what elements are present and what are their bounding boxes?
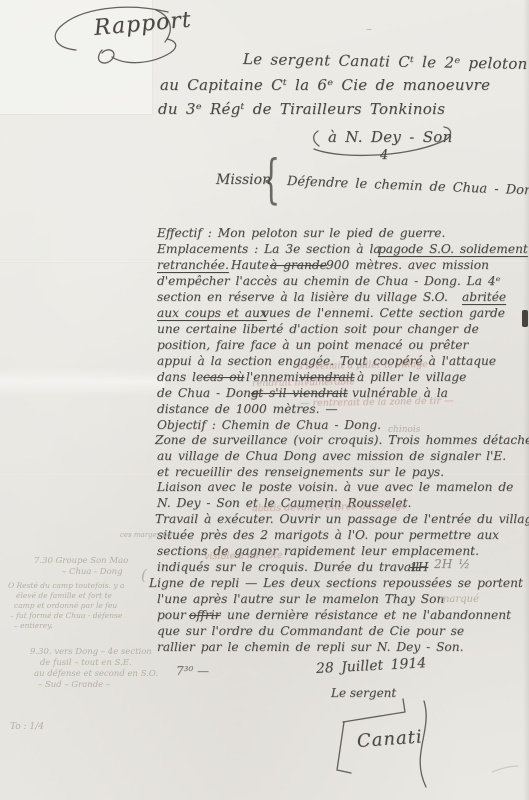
- body-line-segment: offrir: [189, 608, 221, 622]
- header-line: 4: [380, 148, 389, 163]
- header-line: à N. Dey - Son: [328, 128, 453, 146]
- body-line-segment: au village de Chua Dong avec mission de …: [157, 449, 506, 463]
- address-header: Le sergent Canati Cᵗ le 2ᵉ pelotonau Cap…: [0, 0, 529, 800]
- pencil-margin-note: 7.30 Groupe Son Mao: [34, 556, 128, 566]
- body-line-segment: vues de l'ennemi. Cette section garde: [262, 306, 505, 320]
- pencil-margin-note: – fut formé de Chua - défense: [10, 611, 122, 620]
- pencil-margin-note: To : 1/4: [10, 722, 44, 732]
- body-line-segment: d'empêcher l'accès au chemin de Chua - D…: [157, 274, 500, 288]
- pencil-margin-note: (: [141, 566, 147, 584]
- mission-brace: {: [262, 150, 280, 210]
- header-line: Le sergent Canati Cᵗ le 2ᵉ peloton: [243, 50, 528, 73]
- body-line-segment: Zone de surveillance (voir croquis). Tro…: [155, 433, 529, 447]
- body-line-segment: 900 mètres. avec mission: [326, 258, 489, 272]
- body-line-segment: section en réserve à la lisière du villa…: [157, 290, 448, 304]
- pencil-margin-note: O Resté du camp toutefois. y a: [8, 581, 125, 590]
- pencil-margin-notes: –chinoisces marges pa–7.30 Groupe Son Ma…: [0, 0, 529, 800]
- header-line: au Capitaine Cᵗ la 6ᵉ Cie de manoeuvre: [160, 76, 490, 94]
- red-pencil-annotation: — rentrerait de la zone de tir —: [300, 395, 454, 409]
- signature-bracket-top: [343, 699, 405, 722]
- body-line-segment: aux coups et aux: [157, 306, 267, 320]
- red-pencil-annotation: abatis devant l'entrée du village: [252, 500, 407, 514]
- header-line: du 3ᵉ Régᵗ de Tirailleurs Tonkinois: [158, 100, 445, 118]
- body-line-segment: retranchée.: [157, 258, 229, 272]
- signature: Canati: [356, 726, 423, 752]
- body-line-segment: Effectif : Mon peloton sur le pied de gu…: [157, 226, 445, 240]
- pencil-margin-note: – Chua - Dong: [62, 567, 123, 577]
- deyson-underline-swash: [314, 127, 451, 155]
- report-body: Effectif : Mon peloton sur le pied de gu…: [0, 0, 529, 800]
- paper-crease: [0, 368, 165, 396]
- body-line-segment: Haute: [231, 258, 269, 272]
- red-pencil-corrections: s'il venait à piller le villagerendrait …: [0, 0, 529, 800]
- pencil-margin-note: camp et ordonné par le feu: [14, 601, 117, 610]
- body-line-segment: l'ennemi: [246, 370, 299, 384]
- body-line-segment: une certaine liberté d'action soit pour …: [157, 322, 479, 336]
- pencil-margin-note: – Sud – Grande –: [38, 680, 110, 690]
- red-pencil-annotation: visible à mi-côte: [204, 550, 283, 562]
- body-line-segment: Travail à exécuter. Ouvrir un passage de…: [155, 512, 529, 526]
- signoff-label: Le sergent: [331, 686, 396, 700]
- body-line-segment: appui à la section engagée. Tout coopéré…: [157, 354, 496, 368]
- body-line-segment: indiqués sur le croquis. Durée du travai…: [157, 560, 419, 574]
- body-line-segment: à piller le village: [357, 370, 466, 384]
- mission-statement: Défendre le chemin de Chua - Dong au S.E…: [287, 174, 529, 201]
- pencil-margin-note: chinois: [388, 425, 420, 435]
- body-line-segment: N. Dey - Son et le Caumerin Rousselet.: [157, 496, 411, 510]
- report-date: 28 Juillet 1914: [316, 655, 427, 677]
- body-line-segment: Objectif : Chemin de Chua - Dong.: [157, 418, 381, 432]
- body-line-segment: 1H: [410, 560, 428, 574]
- time-note: 7³⁰ —: [176, 664, 209, 678]
- pencil-margin-note: de fusil – tout en S.E.: [40, 658, 132, 668]
- body-line-segment: une dernière résistance et ne l'abandonn…: [227, 608, 511, 622]
- pencil-margin-note: au défense et second en S.O.: [34, 669, 158, 679]
- body-line-segment: distance de 1000 mètres. —: [157, 402, 338, 416]
- pencil-margin-note: ces marges pa–: [120, 531, 175, 539]
- pencil-margin-note: marqué: [440, 594, 479, 605]
- pencil-margin-note: – entierey.: [14, 621, 53, 630]
- pencil-margin-note: élevé de famille et fort te: [16, 591, 112, 600]
- red-pencil-annotation: rendrait invulnérable: [252, 376, 355, 389]
- body-line-segment: position, faire face à un point menacé o…: [157, 338, 468, 352]
- paper-crease: [0, 261, 529, 263]
- signature-bracket-left: [337, 722, 351, 773]
- body-line-segment: rallier par le chemin de repli sur N. De…: [157, 640, 464, 654]
- body-line-segment: située près des 2 marigots à l'O. pour p…: [157, 528, 499, 542]
- body-line-segment: Liaison avec le poste voisin. à vue avec…: [157, 480, 513, 494]
- body-line-segment: Emplacements : La 3e section à la: [157, 242, 381, 256]
- ink-flourishes: [0, 0, 529, 800]
- body-line-segment: à grande: [270, 258, 327, 272]
- body-line-segment: pagode S.O. solidement: [378, 242, 528, 256]
- body-line-segment: pour: [157, 608, 186, 622]
- body-line-segment: que sur l'ordre du Commandant de Cie pou…: [157, 624, 464, 638]
- bottom-pencil-mark: [492, 766, 518, 772]
- body-line-segment: et s'il viendrait: [251, 386, 348, 400]
- red-pencil-annotation: s'il venait à piller le village: [298, 359, 428, 372]
- body-line-segment: cas où: [203, 370, 244, 384]
- body-line-segment: vulnérable à la: [352, 386, 448, 400]
- body-line-segment: sections de gagner rapidement leur empla…: [157, 544, 479, 558]
- body-line-segment: de Chua - Dong: [157, 386, 259, 400]
- paper-crease: [0, 474, 529, 476]
- paper-edge-shadow: [523, 0, 529, 800]
- body-line-segment: Ligne de repli — Les deux sections repou…: [149, 576, 523, 590]
- body-line-segment: 2H ½: [434, 557, 470, 571]
- scanned-report-page: Rapport Le sergent Canati Cᵗ le 2ᵉ pelot…: [0, 0, 529, 800]
- pencil-margin-note: –: [366, 22, 372, 36]
- body-line-segment: dans le: [157, 370, 203, 384]
- body-line-segment: l'une après l'autre sur le mamelon Thay …: [157, 592, 444, 606]
- body-line-segment: et recueillir des renseignements sur le …: [157, 465, 444, 479]
- body-line-segment: abritée: [462, 290, 506, 304]
- pencil-margin-note: 9.30. vers Dong – 4e section: [30, 647, 152, 657]
- body-line-segment: viendrait: [299, 370, 355, 384]
